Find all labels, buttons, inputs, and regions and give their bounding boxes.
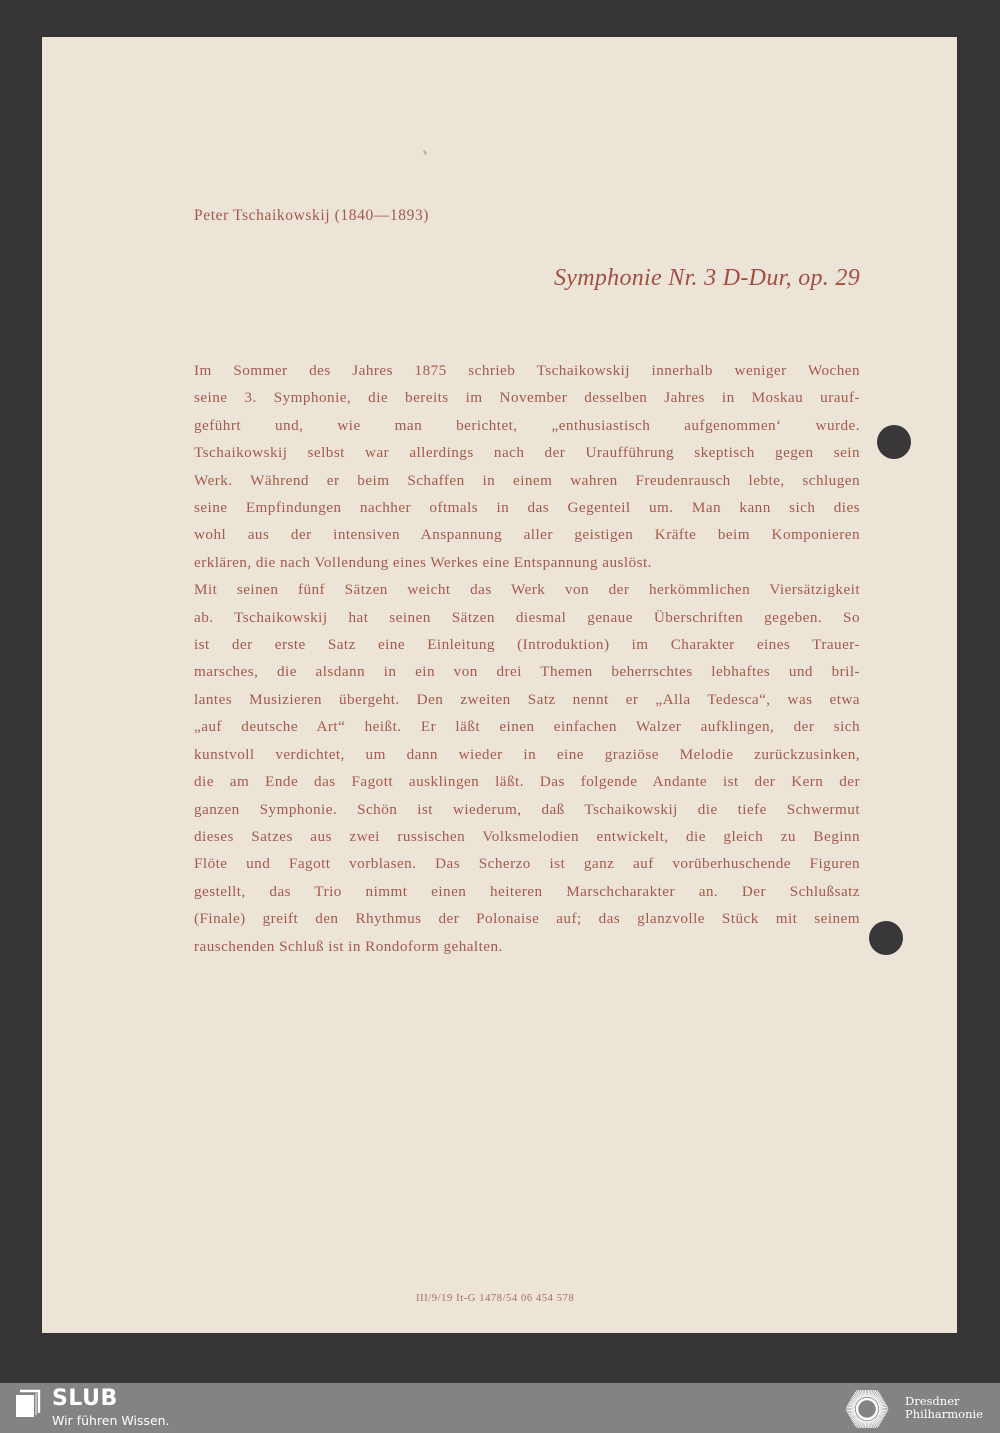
text-line: ist der erste Satz eine Einleitung (Intr… (194, 631, 860, 658)
philharmonie-name-line2: Philharmonie (905, 1408, 983, 1421)
print-code: III/9/19 It-G 1478/54 06 454 578 (416, 1293, 574, 1304)
text-line: Werk. Während er beim Schaffen in einem … (194, 467, 860, 494)
text-line: (Finale) greift den Rhythmus der Polonai… (194, 905, 860, 932)
punch-hole (869, 921, 903, 955)
text-line: gestellt, das Trio nimmt einen heiteren … (194, 878, 860, 905)
program-note-text: Im Sommer des Jahres 1875 schrieb Tschai… (194, 357, 860, 960)
text-line: lantes Musizieren übergeht. Den zweiten … (194, 686, 860, 713)
text-line: marsches, die alsdann in ein von drei Th… (194, 658, 860, 685)
slub-name: SLUB (52, 1386, 118, 1411)
text-line: erklären, die nach Vollendung eines Werk… (194, 549, 860, 576)
text-line: Mit seinen fünf Sätzen weicht das Werk v… (194, 576, 860, 603)
text-line: geführt und, wie man berichtet, „enthusi… (194, 412, 860, 439)
footer-bar: SLUB Wir führen Wissen. Dresdner Philhar… (0, 1383, 1000, 1433)
composer-line: Peter Tschaikowskij (1840—1893) (194, 207, 429, 225)
dresdner-philharmonie-sun-icon (842, 1385, 892, 1433)
work-title: Symphonie Nr. 3 D-Dur, op. 29 (554, 265, 860, 292)
text-line: die am Ende das Fagott ausklingen läßt. … (194, 768, 860, 795)
text-line: Tschaikowskij selbst war allerdings nach… (194, 439, 860, 466)
text-line: ab. Tschaikowskij hat seinen Sätzen dies… (194, 604, 860, 631)
text-line: dieses Satzes aus zwei russischen Volksm… (194, 823, 860, 850)
text-line: Im Sommer des Jahres 1875 schrieb Tschai… (194, 357, 860, 384)
text-line: rauschenden Schluß ist in Rondoform geha… (194, 933, 860, 960)
text-line: seine Empfindungen nachher oftmals in da… (194, 494, 860, 521)
text-line: ganzen Symphonie. Schön ist wiederum, da… (194, 796, 860, 823)
text-line: „auf deutsche Art“ heißt. Er läßt einen … (194, 713, 860, 740)
document-page: Peter Tschaikowskij (1840—1893) Symphoni… (42, 37, 957, 1333)
text-line: Flöte und Fagott vorblasen. Das Scherzo … (194, 850, 860, 877)
text-line: kunstvoll verdichtet, um dann wieder in … (194, 741, 860, 768)
slub-book-icon (12, 1389, 46, 1419)
philharmonie-name: Dresdner Philharmonie (905, 1395, 983, 1421)
text-line: seine 3. Symphonie, die bereits im Novem… (194, 384, 860, 411)
slub-tagline: Wir führen Wissen. (52, 1413, 170, 1428)
text-line: wohl aus der intensiven Anspannung aller… (194, 521, 860, 548)
punch-hole (877, 425, 911, 459)
paper-speck (423, 150, 427, 155)
